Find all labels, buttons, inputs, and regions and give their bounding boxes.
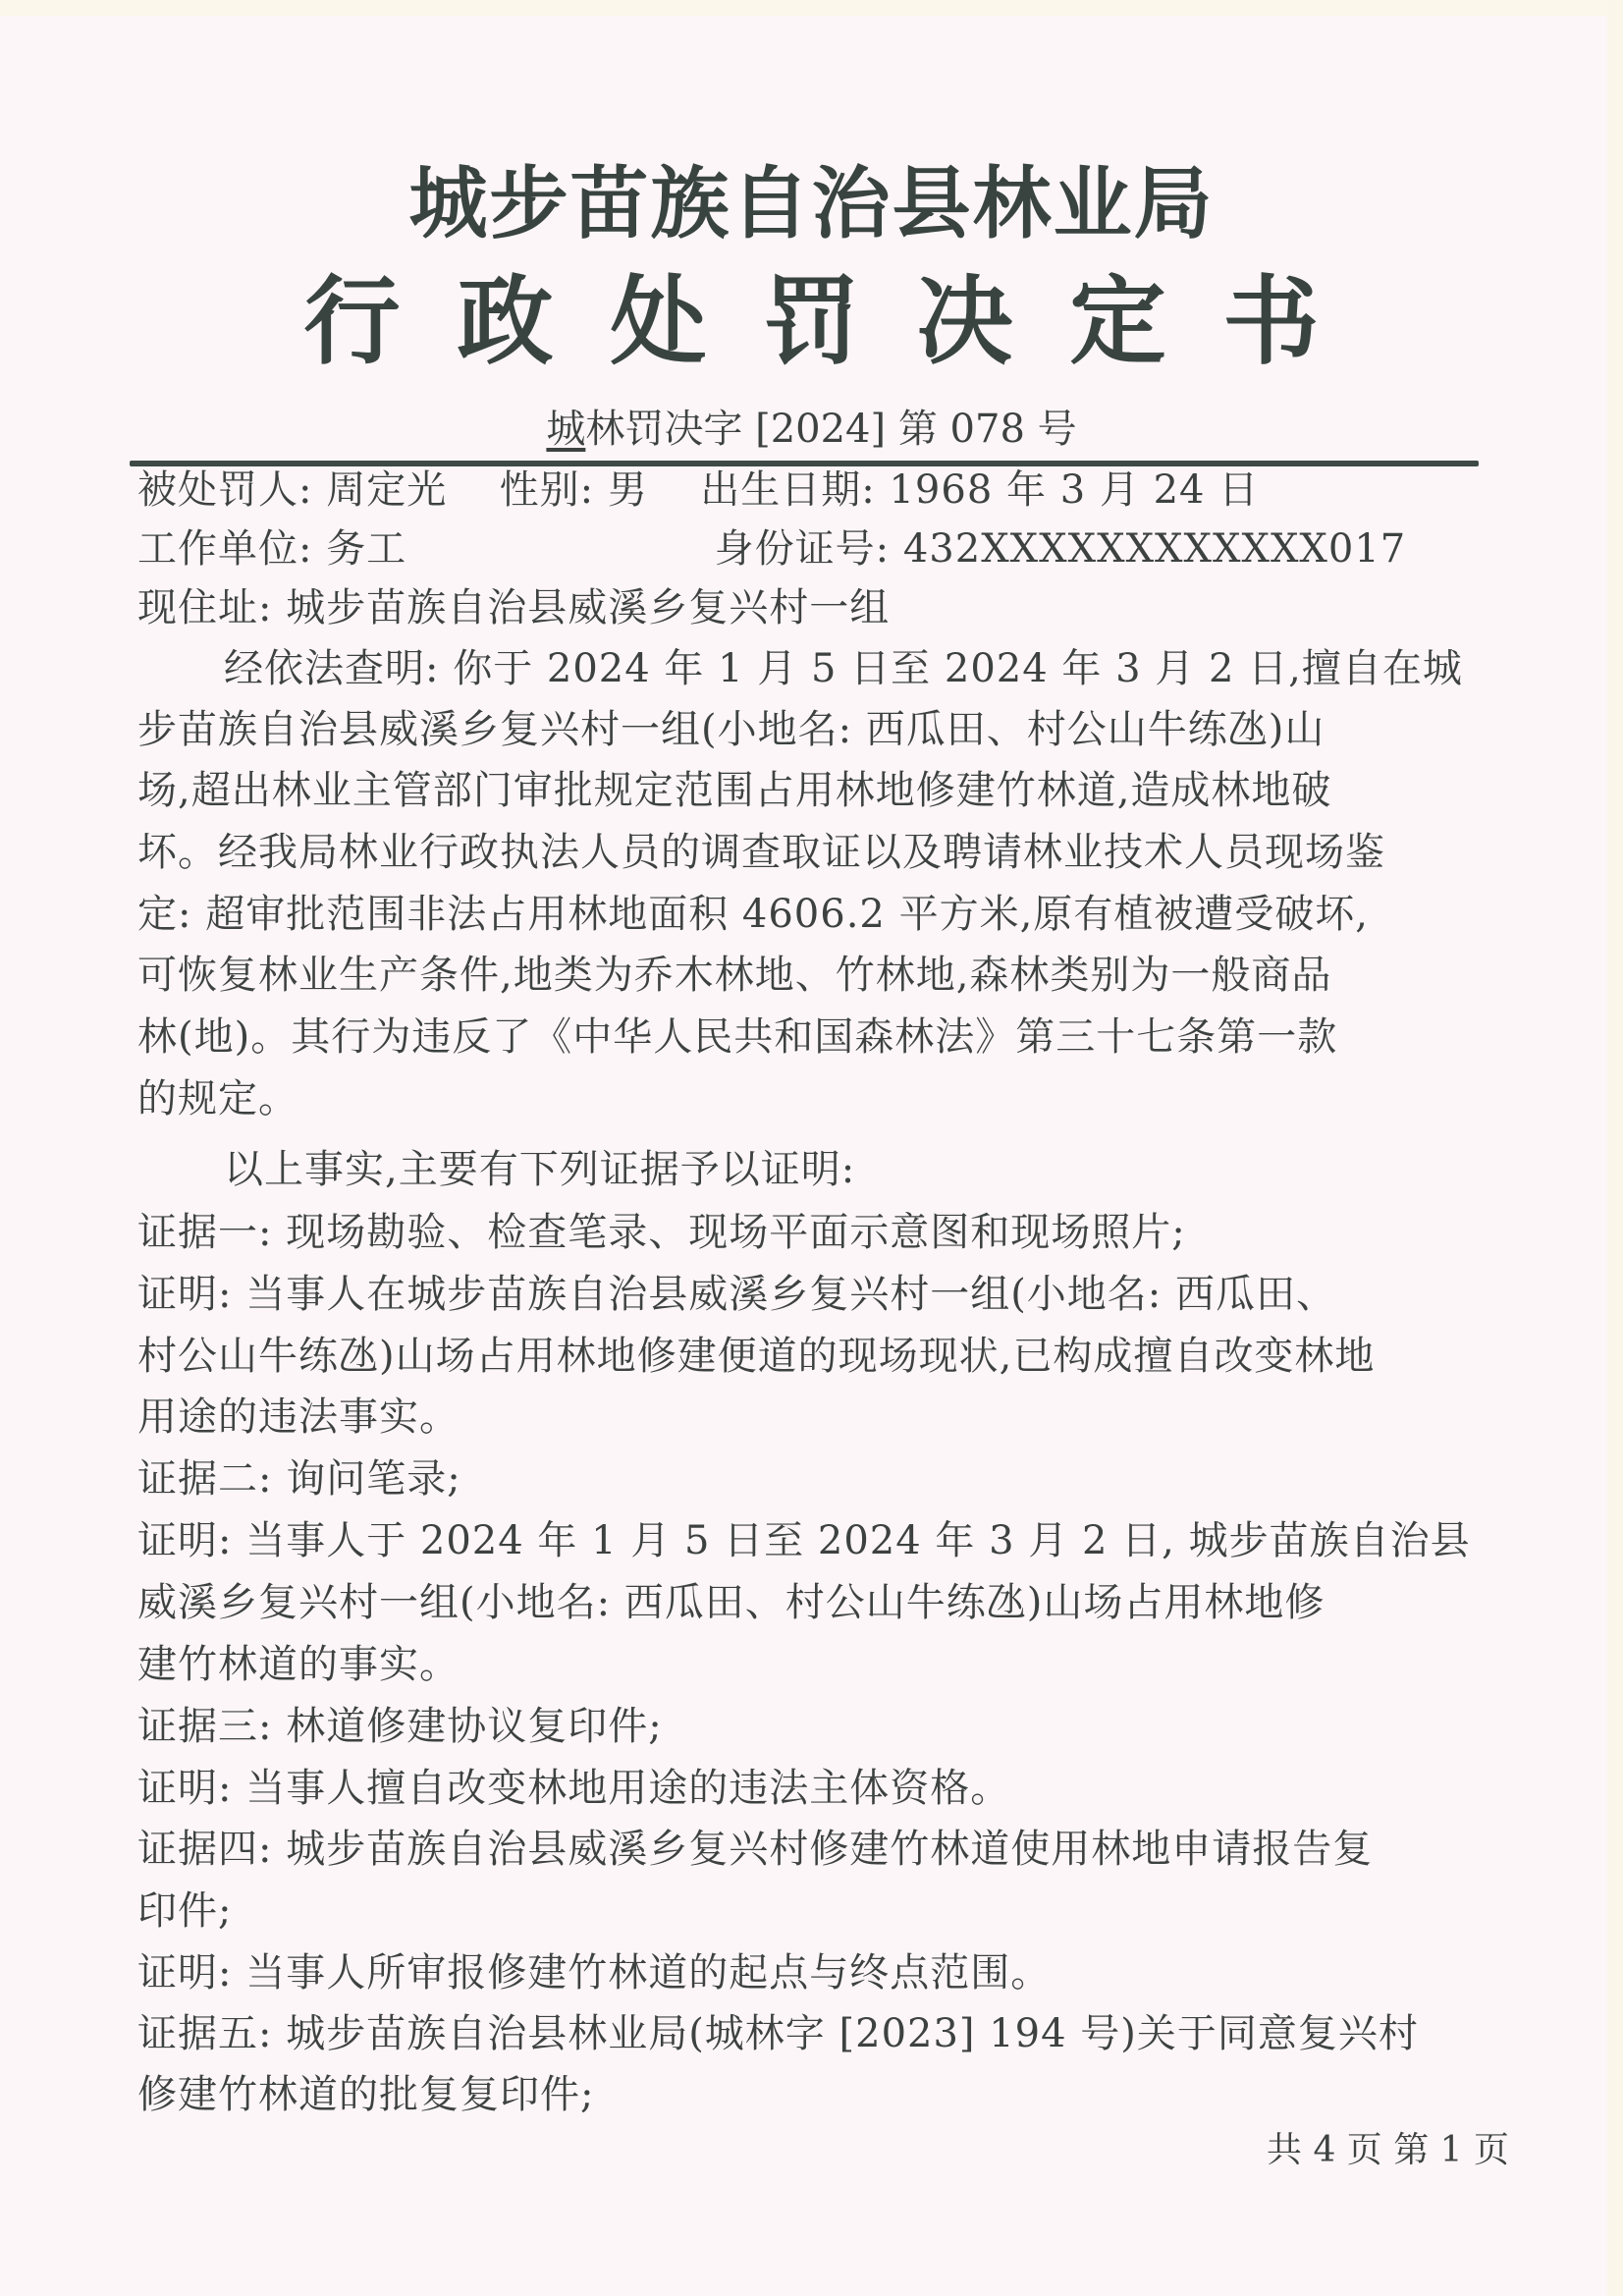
page-number: 共 4 页 第 1 页 bbox=[1267, 2129, 1509, 2172]
evidence-proof-3: 证明: 当事人擅自改变林地用途的违法主体资格。 bbox=[137, 1764, 1502, 1813]
evidence-intro: 以上事实,主要有下列证据予以证明: bbox=[224, 1145, 1589, 1194]
document-page: 城步苗族自治县林业局 行政处罚决定书 城林罚决字 [2024] 第 078 号 … bbox=[0, 0, 1623, 2296]
party-employer: 务工 bbox=[326, 526, 406, 572]
evidence-proof-1: 用途的违法事实。 bbox=[137, 1393, 1502, 1442]
findings-line: 的规定。 bbox=[137, 1074, 1502, 1123]
id-label: 身份证号: bbox=[715, 526, 890, 572]
document-number-rest: 林罚决字 [2024] 第 078 号 bbox=[585, 407, 1076, 452]
evidence-proof-4: 证明: 当事人所审报修建竹林道的起点与终点范围。 bbox=[137, 1948, 1502, 1997]
evidence-item-5: 证据五: 城步苗族自治县林业局(城林字 [2023] 194 号)关于同意复兴村 bbox=[137, 2009, 1502, 2058]
evidence-item-3: 证据三: 林道修建协议复印件; bbox=[137, 1702, 1502, 1751]
party-address: 城步苗族自治县威溪乡复兴村一组 bbox=[286, 585, 890, 630]
evidence-proof-1: 村公山牛练氹)山场占用林地修建便道的现场现状,已构成擅自改变林地 bbox=[137, 1332, 1502, 1381]
findings-line: 经依法查明: 你于 2024 年 1 月 5 日至 2024 年 3 月 2 日… bbox=[224, 644, 1500, 693]
findings-line: 步苗族自治县威溪乡复兴村一组(小地名: 西瓜田、村公山牛练氹)山 bbox=[137, 705, 1502, 754]
evidence-proof-1: 证明: 当事人在城步苗族自治县威溪乡复兴村一组(小地名: 西瓜田、 bbox=[137, 1270, 1502, 1319]
findings-line: 定: 超审批范围非法占用林地面积 4606.2 平方米,原有植被遭受破坏, bbox=[137, 890, 1502, 939]
document-number-prefix: 城 bbox=[546, 407, 585, 452]
party-gender: 男 bbox=[608, 467, 648, 513]
evidence-proof-2: 证明: 当事人于 2024 年 1 月 5 日至 2024 年 3 月 2 日,… bbox=[137, 1516, 1502, 1565]
evidence-item-4: 证据四: 城步苗族自治县威溪乡复兴村修建竹林道使用林地申请报告复 bbox=[137, 1825, 1502, 1874]
employer-label: 工作单位: bbox=[137, 526, 312, 572]
birth-label: 出生日期: bbox=[700, 467, 875, 513]
party-name: 周定光 bbox=[326, 467, 447, 513]
document-type-title: 行政处罚决定书 bbox=[0, 267, 1623, 377]
party-line-2: 工作单位: 务工 身份证号: 432XXXXXXXXXXXX017 bbox=[137, 524, 1502, 574]
party-line-3: 现住址: 城步苗族自治县威溪乡复兴村一组 bbox=[137, 583, 1502, 632]
evidence-item-1: 证据一: 现场勘验、检查笔录、现场平面示意图和现场照片; bbox=[137, 1208, 1502, 1257]
document-number: 城林罚决字 [2024] 第 078 号 bbox=[0, 405, 1623, 454]
findings-line: 林(地)。其行为违反了《中华人民共和国森林法》第三十七条第一款 bbox=[137, 1012, 1502, 1062]
party-birth-date: 1968 年 3 月 24 日 bbox=[889, 467, 1259, 513]
evidence-item-2: 证据二: 询问笔录; bbox=[137, 1454, 1502, 1503]
findings-line: 可恢复林业生产条件,地类为乔木林地、竹林地,森林类别为一般商品 bbox=[137, 951, 1502, 1000]
evidence-proof-2: 建竹林道的事实。 bbox=[137, 1640, 1502, 1689]
evidence-proof-2: 威溪乡复兴村一组(小地名: 西瓜田、村公山牛练氹)山场占用林地修 bbox=[137, 1578, 1502, 1627]
evidence-item-4: 印件; bbox=[137, 1886, 1502, 1936]
evidence-item-5: 修建竹林道的批复复印件; bbox=[137, 2070, 1502, 2119]
party-id-number: 432XXXXXXXXXXXX017 bbox=[903, 526, 1406, 572]
name-label: 被处罚人: bbox=[137, 467, 312, 513]
party-line-1: 被处罚人: 周定光 性别: 男 出生日期: 1968 年 3 月 24 日 bbox=[137, 465, 1502, 515]
gender-label: 性别: bbox=[500, 467, 594, 513]
findings-line: 坏。经我局林业行政执法人员的调查取证以及聘请林业技术人员现场鉴 bbox=[137, 828, 1502, 877]
findings-line: 场,超出林业主管部门审批规定范围占用林地修建竹林道,造成林地破 bbox=[137, 766, 1502, 815]
issuing-organization-title: 城步苗族自治县林业局 bbox=[0, 157, 1623, 251]
address-label: 现住址: bbox=[137, 585, 272, 630]
